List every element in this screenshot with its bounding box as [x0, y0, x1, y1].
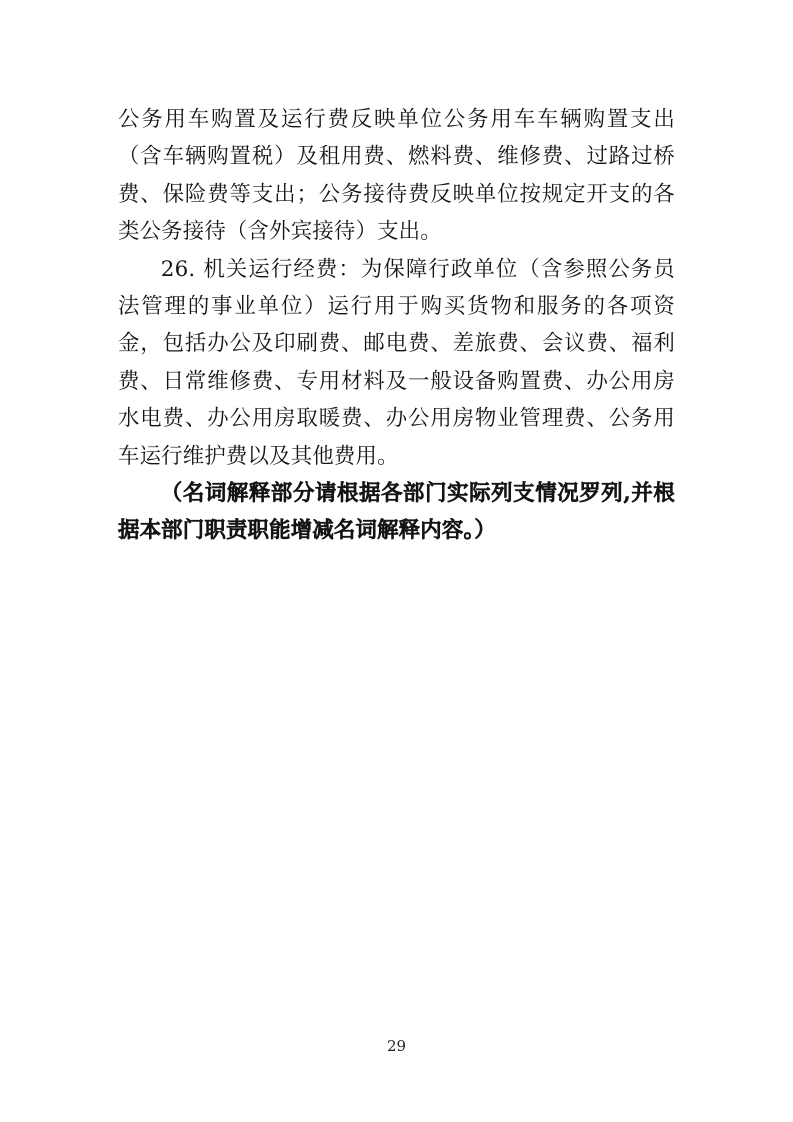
paragraph-editor-note: （名词解释部分请根据各部门实际列支情况罗列,并根据本部门职责职能增减名词解释内容…	[118, 475, 675, 550]
page-number: 29	[0, 1036, 793, 1056]
paragraph-agency-operating-funds: 26. 机关运行经费：为保障行政单位（含参照公务员法管理的事业单位）运行用于购买…	[118, 251, 675, 475]
document-page: 公务用车购置及运行费反映单位公务用车车辆购置支出（含车辆购置税）及租用费、燃料费…	[0, 0, 793, 1122]
paragraph-vehicle-and-reception-expenses: 公务用车购置及运行费反映单位公务用车车辆购置支出（含车辆购置税）及租用费、燃料费…	[118, 101, 675, 251]
document-body: 公务用车购置及运行费反映单位公务用车车辆购置支出（含车辆购置税）及租用费、燃料费…	[118, 101, 675, 550]
